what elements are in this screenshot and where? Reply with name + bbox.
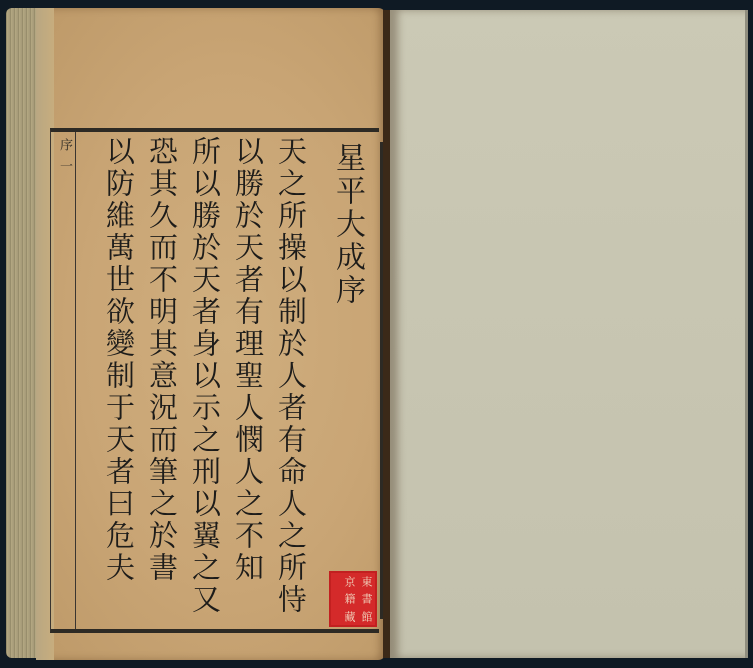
page-edge: [745, 10, 748, 658]
red-seal-stamp: 東京 書籍 館藏: [329, 571, 377, 627]
text-column: 以勝於天者有理聖人憫人之不知: [227, 136, 269, 625]
text-column: 恐其久而不明其意況而筆之於書: [141, 136, 183, 625]
right-page-blank: [390, 10, 748, 658]
text-frame: 序 一 星平大成序 天之所操以制於人者有命人之所恃 以勝於天者有理聖人憫人之不知…: [50, 128, 379, 633]
text-column: 所以勝於天者身以示之刑以翼之又: [184, 136, 226, 625]
text-column: 天之所操以制於人者有命人之所恃: [270, 136, 312, 625]
page-stack-edge: [6, 8, 38, 658]
fold-column: 序 一: [51, 132, 76, 629]
seal-text: 東京: [331, 573, 375, 590]
margin-label: 序 一: [55, 138, 74, 174]
text-column: 以防維萬世欲變制于天者曰危夫: [98, 136, 140, 625]
seal-text: 書籍: [331, 590, 375, 607]
preface-title: 星平大成序: [326, 136, 368, 625]
vertical-text-area: 星平大成序 天之所操以制於人者有命人之所恃 以勝於天者有理聖人憫人之不知 所以勝…: [77, 136, 369, 625]
left-page: 序 一 星平大成序 天之所操以制於人者有命人之所恃 以勝於天者有理聖人憫人之不知…: [36, 8, 386, 660]
seal-text: 館藏: [331, 608, 375, 625]
